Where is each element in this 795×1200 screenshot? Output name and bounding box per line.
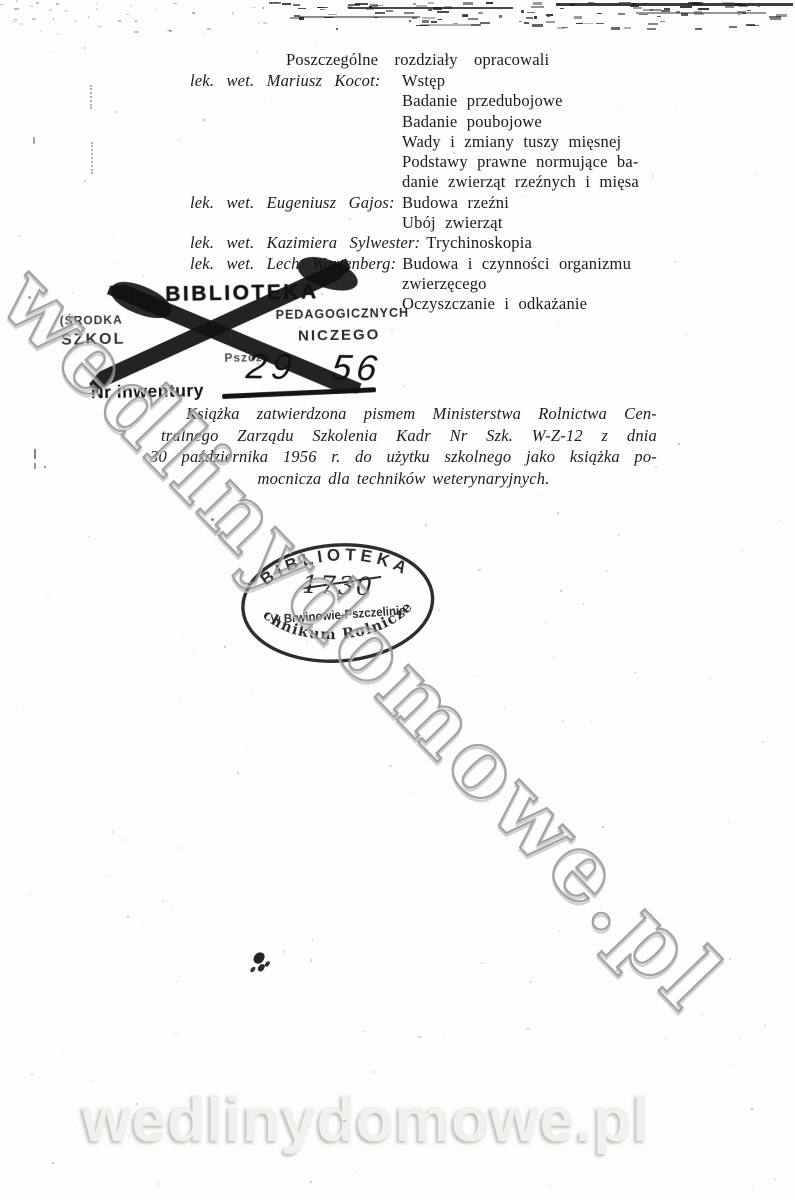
author-name: lek. wet. Mariusz Kocot:: [190, 71, 396, 91]
scan-speck: [431, 21, 437, 23]
scan-speck: [362, 1031, 364, 1033]
scan-speck: [546, 14, 553, 16]
scan-speck: [283, 950, 285, 952]
scan-speck: [443, 1034, 444, 1035]
scan-speck: [757, 6, 760, 7]
scan-speck: [562, 27, 567, 28]
scan-speck: [559, 930, 560, 931]
scan-speck: [553, 657, 555, 659]
library-stamp-crossed: BIBLIOTEKA (ŚRODKA PEDAGOGICZNYCH SZKOL …: [57, 253, 382, 417]
scan-speck: [263, 22, 266, 24]
scan-speck: [310, 959, 312, 961]
scan-speck: [18, 235, 20, 237]
scan-speck: [224, 646, 226, 648]
scan-speck: [643, 9, 653, 11]
scan-speck: [738, 14, 740, 16]
chapter-title: zwierzęcego: [396, 274, 487, 294]
scan-speck: [182, 639, 183, 640]
scan-speck: [738, 5, 748, 8]
scan-speck: [643, 3, 647, 4]
scan-speck: [269, 2, 273, 4]
scan-speck: [762, 741, 764, 743]
scan-speck: [355, 1171, 356, 1172]
scan-speck: [12, 21, 16, 22]
margin-mark: [28, 296, 31, 299]
scan-speck: [141, 433, 142, 434]
scan-speck: [665, 1037, 667, 1039]
scan-speck: [404, 12, 413, 15]
scan-speck: [135, 20, 137, 22]
scan-speck: [88, 16, 89, 17]
scan-speck: [576, 23, 582, 24]
scan-speck: [527, 12, 535, 13]
scan-speck: [698, 8, 708, 10]
scan-speck: [437, 11, 449, 13]
scan-speck: [753, 1187, 755, 1189]
scan-speck: [619, 2, 630, 3]
margin-mark: [34, 463, 36, 469]
scan-speck: [40, 30, 43, 32]
scan-speck: [481, 962, 483, 964]
scan-speck: [96, 3, 98, 4]
scan-speck: [444, 6, 452, 9]
scanned-book-page: Poszczególne rozdziały opracowali lek. w…: [0, 0, 795, 1200]
scan-speck: [133, 18, 135, 20]
scan-speck: [56, 3, 59, 5]
scan-speck: [366, 8, 374, 10]
scan-speck: [413, 792, 414, 793]
scan-speck: [172, 909, 173, 910]
scan-speck: [634, 672, 636, 674]
credit-row: Ubój zwierząt: [190, 213, 639, 233]
scan-speck: [557, 27, 566, 28]
scan-speck: [468, 18, 478, 20]
stamp-line3-left: SZKOL: [61, 331, 126, 350]
scan-speck: [57, 33, 59, 35]
scan-speck: [31, 1074, 33, 1076]
approval-line: Książka zatwierdzona pismem Ministerstwa…: [186, 403, 657, 425]
scan-speck: [547, 16, 551, 17]
scan-speck: [47, 596, 49, 598]
scan-speck: [618, 13, 626, 15]
scan-speck: [328, 14, 337, 15]
scan-speck: [54, 51, 55, 52]
scan-speck: [558, 324, 559, 325]
chapter-title: Trychinoskopia: [420, 233, 532, 253]
credit-row: Wady i zmiany tuszy mięsnej: [190, 132, 639, 152]
scan-speck: [527, 1028, 529, 1030]
scan-speck: [557, 3, 561, 5]
scan-speck: [386, 10, 393, 12]
scan-speck: [713, 3, 717, 4]
scan-speck: [557, 512, 559, 514]
scan-speck: [273, 2, 279, 3]
scan-speck: [750, 25, 759, 26]
scan-speck: [545, 621, 547, 623]
scan-speck: [754, 173, 756, 175]
chapter-title: Budowa rzeźni: [396, 193, 509, 213]
scan-speck: [175, 1033, 177, 1035]
scan-speck: [178, 139, 180, 141]
scan-speck: [176, 981, 177, 982]
approval-note: Książka zatwierdzona pismem Ministerstwa…: [150, 403, 657, 489]
scan-speck: [486, 2, 492, 4]
scan-speck: [416, 5, 427, 8]
scan-speck: [112, 235, 113, 236]
scan-speck: [300, 16, 420, 18]
scan-speck: [96, 8, 98, 10]
scan-speck: [774, 1179, 776, 1181]
scan-speck: [20, 23, 23, 25]
scan-speck: [688, 2, 700, 4]
credits-heading: Poszczególne rozdziały opracowali: [286, 50, 549, 70]
scan-speck: [676, 109, 677, 110]
scan-speck: [583, 603, 585, 605]
scan-speck: [636, 12, 766, 14]
scan-speck: [253, 693, 255, 695]
scan-speck: [167, 30, 171, 31]
scan-speck: [159, 1183, 160, 1184]
scan-speck: [680, 6, 691, 8]
scan-speck: [641, 825, 642, 826]
scan-speck: [594, 3, 600, 5]
margin-mark: [91, 142, 93, 174]
scan-speck: [764, 1025, 766, 1027]
scan-speck: [310, 1181, 312, 1183]
scan-speck: [478, 675, 479, 676]
scan-speck: [347, 6, 353, 8]
scan-speck: [320, 9, 324, 11]
scan-speck: [315, 45, 316, 46]
scan-speck: [256, 51, 258, 53]
scan-speck: [709, 677, 711, 679]
scan-speck: [737, 11, 745, 13]
scan-speck: [174, 3, 177, 5]
scan-speck: [14, 8, 18, 10]
stamp-line2-right: PEDAGOGICZNYCH: [276, 306, 410, 322]
scan-speck: [109, 876, 110, 877]
scan-speck: [258, 22, 260, 23]
scan-speck: [742, 13, 746, 15]
scan-speck: [560, 590, 562, 592]
scan-speck: [584, 23, 593, 24]
scan-speck: [661, 10, 670, 12]
chapter-title: Budowa i czynności organizmu: [396, 254, 631, 274]
scan-speck: [282, 3, 292, 6]
margin-mark: [33, 137, 35, 144]
scan-speck: [618, 534, 620, 536]
scan-speck: [729, 26, 737, 28]
scan-speck: [16, 0, 18, 2]
scan-speck: [179, 701, 180, 702]
scan-speck: [118, 20, 121, 22]
author-name: lek. wet. Eugeniusz Gajos:: [190, 193, 396, 213]
scan-speck: [780, 520, 781, 521]
chapter-title: Oczyszczanie i odkażanie: [396, 294, 587, 314]
scan-speck: [409, 20, 411, 21]
scan-speck: [420, 24, 480, 26]
scan-speck: [438, 19, 442, 21]
scan-speck: [722, 566, 723, 567]
scan-speck: [630, 5, 639, 7]
scan-speck: [324, 17, 333, 18]
scan-speck: [597, 13, 602, 14]
scan-speck: [731, 598, 732, 599]
scan-speck: [134, 31, 139, 33]
scan-speck: [433, 7, 441, 9]
scan-speck: [290, 17, 301, 19]
scan-speck: [29, 6, 33, 7]
scan-speck: [262, 7, 264, 9]
scan-speck: [639, 14, 648, 15]
scan-speck: [36, 2, 39, 4]
scan-speck: [91, 1080, 93, 1082]
scan-speck: [381, 870, 382, 871]
scan-speck: [499, 15, 502, 18]
chapter-title: danie zwierząt rzeźnych i mięsa: [396, 172, 639, 192]
scan-speck: [550, 1186, 551, 1187]
scan-speck: [728, 822, 729, 823]
scan-speck: [532, 24, 543, 26]
scan-speck: [702, 1014, 703, 1015]
scan-speck: [418, 1036, 420, 1038]
scan-speck: [370, 4, 379, 7]
scan-speck: [740, 1037, 741, 1038]
scan-speck: [271, 2, 282, 4]
scan-speck: [126, 14, 129, 15]
scan-speck: [404, 385, 406, 387]
scan-speck: [592, 859, 593, 860]
scan-speck: [425, 524, 427, 526]
scan-speck: [162, 900, 164, 902]
scan-speck: [650, 9, 661, 12]
scan-speck: [192, 12, 195, 14]
scan-speck: [312, 939, 313, 940]
scan-speck: [747, 10, 751, 11]
scan-speck: [504, 707, 505, 708]
scan-speck: [130, 5, 132, 7]
scan-speck: [478, 569, 480, 571]
scan-speck: [533, 2, 542, 4]
chapter-title: Wady i zmiany tuszy mięsnej: [396, 132, 621, 152]
scan-speck: [318, 7, 329, 8]
scan-speck: [453, 23, 457, 25]
scan-speck: [681, 13, 688, 16]
scan-speck: [746, 24, 755, 26]
scan-speck: [529, 981, 531, 983]
scan-speck: [611, 27, 620, 30]
scan-speck: [606, 570, 608, 572]
scan-speck: [751, 1108, 753, 1110]
scan-speck: [685, 334, 687, 336]
scan-speck: [178, 698, 179, 699]
scan-speck: [336, 28, 338, 31]
stamp-line2-left: (ŚRODKA: [60, 313, 123, 328]
scan-speck: [632, 3, 636, 5]
scan-speck: [521, 10, 524, 13]
scan-speck: [678, 443, 680, 445]
scan-speck: [180, 847, 182, 849]
scan-speck: [64, 10, 68, 12]
scan-speck: [660, 21, 665, 22]
scan-speck: [588, 2, 595, 3]
scan-speck: [52, 1162, 54, 1164]
scan-speck: [463, 2, 473, 5]
scan-speck: [74, 20, 77, 22]
scan-speck: [422, 20, 429, 23]
scan-speck: [232, 12, 235, 14]
approval-line: mocnicza dla techników weterynaryjnych.: [150, 468, 657, 490]
scan-speck: [0, 4, 4, 5]
scan-speck: [546, 21, 555, 23]
scan-speck: [471, 24, 481, 26]
scan-speck: [633, 7, 642, 9]
scan-speck: [22, 706, 23, 707]
ink-blot: [252, 950, 266, 965]
scan-speck: [251, 7, 256, 8]
scan-speck: [602, 826, 604, 828]
scan-speck: [374, 17, 378, 18]
approval-line: tralnego Zarządu Szkolenia Kadr Nr Szk. …: [161, 425, 657, 447]
approval-line: 30 października 1956 r. do użytku szkoln…: [150, 446, 657, 468]
scan-speck: [204, 33, 206, 35]
scan-speck: [462, 14, 469, 17]
stamp-line3-right: NICZEGO: [298, 326, 381, 344]
scan-speck: [348, 4, 360, 6]
scan-speck: [526, 17, 533, 19]
margin-mark: [211, 518, 214, 521]
scan-speck: [14, 19, 17, 20]
scan-speck: [729, 958, 731, 960]
scan-speck: [63, 1051, 64, 1052]
scan-speck: [657, 16, 661, 17]
scan-speck: [293, 4, 300, 5]
scan-speck: [734, 3, 742, 5]
oval-stamp-svg: BIBLIOTEKA 1730 w Brwinowie-Pszczelinie …: [233, 533, 443, 675]
margin-mark: [34, 449, 36, 459]
margin-mark: [90, 85, 92, 109]
scan-speck: [32, 18, 36, 20]
scan-speck: [416, 25, 429, 26]
chapter-title: Ubój zwierząt: [396, 213, 503, 233]
scan-speck: [391, 329, 392, 330]
scan-speck: [294, 15, 300, 17]
credit-row: Badanie poubojowe: [190, 112, 639, 132]
scan-speck: [299, 17, 305, 20]
credit-row: lek. wet. Mariusz Kocot:Wstęp: [190, 71, 639, 91]
chapter-title: Wstęp: [396, 71, 445, 91]
scan-speck: [317, 7, 324, 9]
scan-speck: [246, 751, 247, 752]
scan-speck: [169, 30, 172, 32]
scan-speck: [375, 12, 385, 14]
scan-speck: [112, 831, 114, 833]
scan-speck: [524, 22, 529, 23]
scan-speck: [88, 536, 90, 538]
scan-speck: [237, 772, 239, 774]
oval-library-stamp: BIBLIOTEKA 1730 w Brwinowie-Pszczelinie …: [233, 533, 444, 680]
scan-speck: [478, 12, 483, 14]
scan-speck: [695, 28, 702, 31]
scan-speck: [648, 23, 659, 25]
scan-speck: [40, 162, 41, 163]
scan-speck: [647, 952, 649, 954]
scan-speck: [692, 2, 703, 5]
scan-speck: [75, 1127, 76, 1128]
scan-speck: [207, 28, 210, 30]
scan-speck: [389, 765, 391, 767]
scan-speck: [193, 651, 194, 652]
scan-speck: [31, 5, 33, 6]
accession-number-handwritten: 1730: [302, 570, 375, 601]
scan-speck: [30, 895, 31, 896]
scan-speck: [539, 494, 540, 495]
scan-speck: [596, 23, 603, 24]
scan-speck: [98, 26, 101, 27]
scan-speck: [463, 15, 468, 18]
scan-speck: [413, 3, 416, 4]
scan-speck: [373, 5, 383, 6]
scan-speck: [535, 845, 536, 846]
scan-speck: [53, 18, 55, 20]
credit-row: Badanie przedubojowe: [190, 91, 639, 111]
scan-speck: [84, 180, 86, 182]
scan-speck: [676, 11, 680, 14]
scan-speck: [355, 3, 367, 5]
scan-speck: [776, 14, 787, 17]
scan-speck: [115, 111, 117, 113]
scan-speck: [519, 21, 522, 23]
scan-speck: [770, 18, 781, 20]
scan-speck: [731, 1065, 732, 1066]
scan-speck: [155, 8, 156, 9]
credit-row: lek. wet. Eugeniusz Gajos:Budowa rzeźni: [190, 193, 639, 213]
scan-speck: [574, 16, 582, 19]
scan-speck: [428, 2, 434, 4]
scan-speck: [122, 839, 124, 841]
author-name: lek. wet. Kazimiera Sylwester:: [190, 233, 420, 253]
scan-speck: [298, 8, 306, 9]
scan-speck: [348, 7, 513, 10]
scan-speck: [49, 9, 52, 11]
scan-speck: [375, 8, 382, 10]
scan-speck: [428, 9, 431, 11]
scan-speck: [690, 2, 695, 3]
scan-speck: [674, 261, 676, 263]
scan-speck: [127, 916, 129, 918]
scan-speck: [570, 4, 574, 6]
scan-speck: [725, 5, 734, 7]
scan-speck: [562, 720, 564, 722]
scan-speck: [769, 16, 781, 18]
scan-speck: [624, 27, 631, 29]
scan-speck: [664, 8, 671, 10]
scan-speck: [615, 4, 621, 5]
scan-speck: [652, 175, 654, 177]
chapter-title: Podstawy prawne normujące ba-: [396, 152, 639, 172]
scan-speck: [422, 17, 435, 18]
scan-speck: [722, 2, 733, 4]
scan-speck: [531, 6, 544, 8]
scan-speck: [369, 6, 372, 8]
scan-speck: [694, 11, 702, 13]
scan-speck: [694, 13, 703, 15]
scan-speck: [480, 22, 489, 24]
credit-row: danie zwierząt rzeźnych i mięsa: [190, 172, 639, 192]
scan-speck: [518, 850, 520, 852]
scan-speck: [143, 923, 144, 924]
margin-mark: [44, 466, 46, 468]
